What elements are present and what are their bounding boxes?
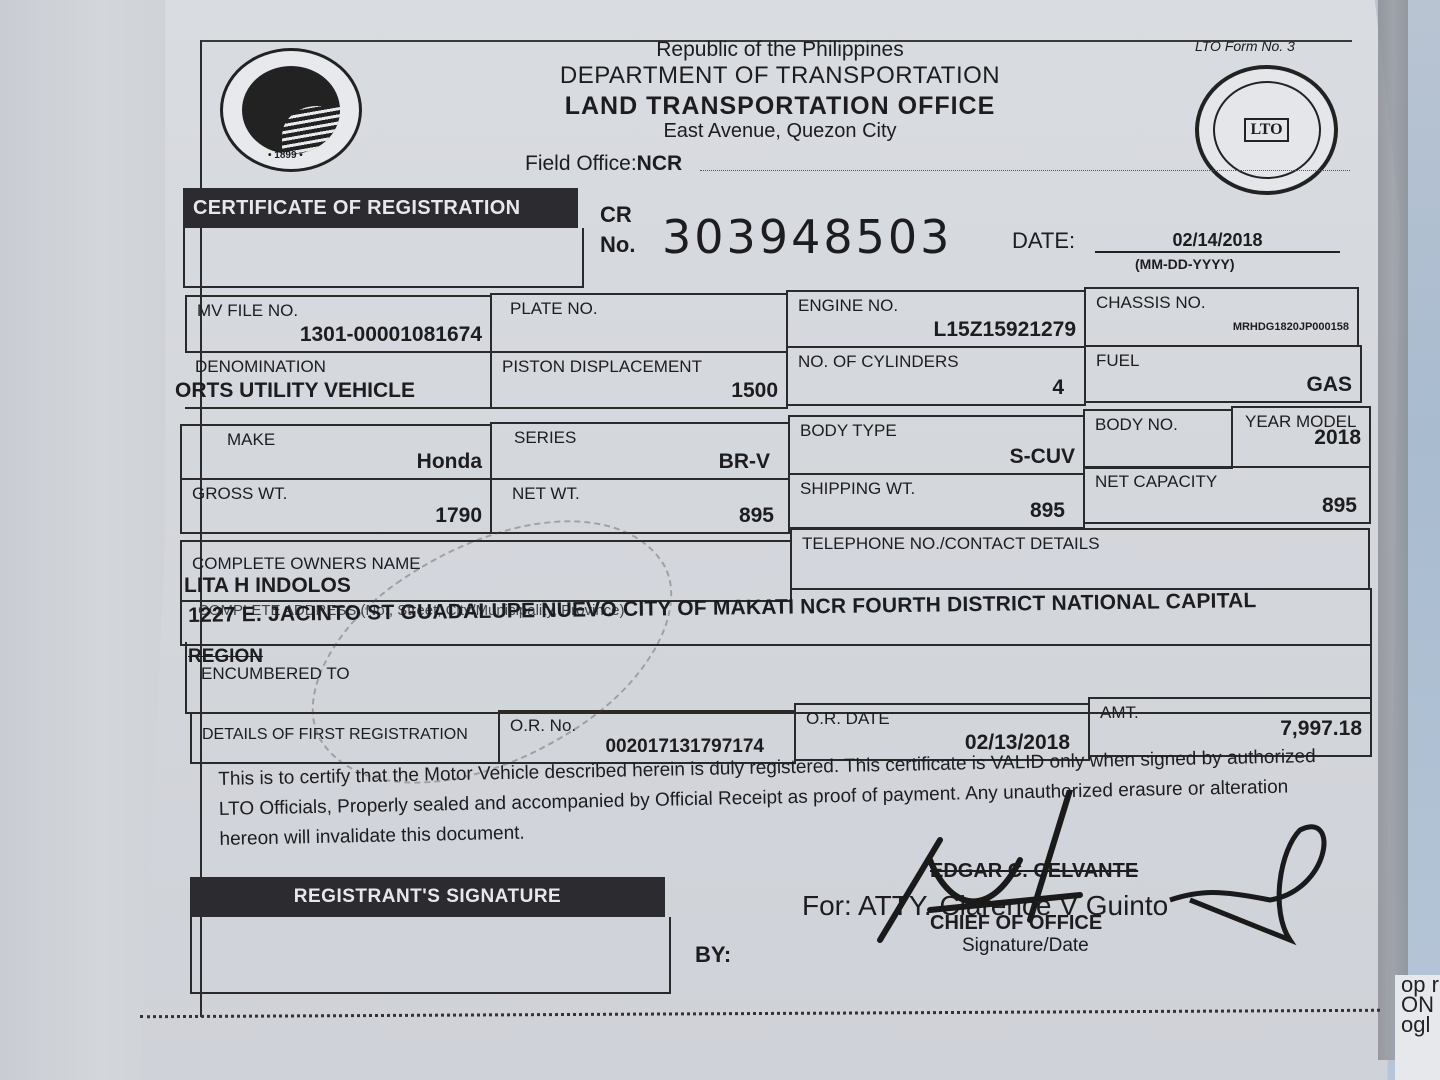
first-registration-cell: DETAILS OF FIRST REGISTRATION xyxy=(190,712,500,764)
make-cell: MAKE Honda xyxy=(180,424,492,480)
certificate-title-box xyxy=(183,228,584,288)
body-type-label: BODY TYPE xyxy=(800,421,897,441)
field-office-label: Field Office: xyxy=(525,152,637,175)
chassis-no-label: CHASSIS NO. xyxy=(1096,293,1206,313)
form-number: LTO Form No. 3 xyxy=(1195,38,1295,54)
registrant-signature-label: REGISTRANT'S SIGNATURE xyxy=(190,877,665,917)
cr-label: CR No. xyxy=(600,200,635,260)
series-label: SERIES xyxy=(514,428,576,448)
signing-officer-name: EDGAR C. CELVANTE xyxy=(930,860,1138,883)
amount-label: AMT. xyxy=(1100,703,1139,723)
date-label: DATE: xyxy=(1012,228,1075,254)
gross-wt-cell: GROSS WT. 1790 xyxy=(180,478,492,534)
cr-number: 303948503 xyxy=(662,210,952,264)
plate-no-cell: PLATE NO. xyxy=(490,293,788,353)
body-no-label: BODY NO. xyxy=(1095,415,1178,435)
contact-label: TELEPHONE NO./CONTACT DETAILS xyxy=(802,534,1100,554)
engine-no-label: ENGINE NO. xyxy=(798,296,898,316)
net-capacity-label: NET CAPACITY xyxy=(1095,472,1217,492)
field-office-value: NCR xyxy=(637,152,683,175)
denomination-cell: DENOMINATION ORTS UTILITY VEHICLE xyxy=(185,351,492,409)
body-type-value: S-CUV xyxy=(1010,445,1075,469)
dotr-seal-year: • 1899 • xyxy=(268,150,303,161)
shipping-wt-value: 895 xyxy=(1030,499,1065,523)
piston-displacement-value: 1500 xyxy=(731,379,778,403)
piston-displacement-label: PISTON DISPLACEMENT xyxy=(502,357,702,377)
office-heading: LAND TRANSPORTATION OFFICE xyxy=(520,92,1040,121)
make-value: Honda xyxy=(417,450,482,474)
chassis-no-value: MRHDG1820JP000158 xyxy=(1233,321,1349,333)
engine-no-value: L15Z15921279 xyxy=(934,318,1076,342)
net-wt-label: NET WT. xyxy=(512,484,580,504)
body-no-cell: BODY NO. xyxy=(1083,409,1233,469)
cr-label-bottom: No. xyxy=(600,230,635,260)
gross-wt-value: 1790 xyxy=(435,504,482,528)
net-wt-value: 895 xyxy=(739,504,774,528)
year-model-cell: YEAR MODEL 2018 xyxy=(1231,406,1371,468)
contact-cell: TELEPHONE NO./CONTACT DETAILS xyxy=(790,528,1370,590)
year-model-value: 2018 xyxy=(1314,426,1361,450)
cr-label-top: CR xyxy=(600,200,635,230)
office-address: East Avenue, Quezon City xyxy=(520,120,1040,143)
denomination-value: ORTS UTILITY VEHICLE xyxy=(175,379,415,403)
or-no-label: O.R. No. xyxy=(510,716,576,736)
by-label: BY: xyxy=(695,942,731,968)
registrant-signature-field xyxy=(190,917,671,994)
date-value: 02/14/2018 xyxy=(1095,230,1340,253)
department-heading: DEPARTMENT OF TRANSPORTATION xyxy=(520,62,1040,90)
plate-no-label: PLATE NO. xyxy=(510,299,598,319)
republic-heading: Republic of the Philippines xyxy=(520,38,1040,62)
no-of-cylinders-value: 4 xyxy=(1052,376,1064,400)
owner-name-label: COMPLETE OWNERS NAME xyxy=(192,554,421,574)
background-document: op r ON ogl xyxy=(1395,975,1440,1080)
shipping-wt-cell: SHIPPING WT. 895 xyxy=(788,473,1085,529)
field-office-line xyxy=(700,170,1350,171)
date-format: (MM-DD-YYYY) xyxy=(1135,256,1235,272)
fuel-cell: FUEL GAS xyxy=(1084,345,1362,403)
engine-no-cell: ENGINE NO. L15Z15921279 xyxy=(786,290,1086,348)
background-surface-left xyxy=(0,0,170,1080)
body-type-cell: BODY TYPE S-CUV xyxy=(788,415,1085,475)
encumbered-label: ENCUMBERED TO xyxy=(201,664,350,684)
gross-wt-label: GROSS WT. xyxy=(192,484,287,504)
net-wt-cell: NET WT. 895 xyxy=(490,478,790,534)
series-value: BR-V xyxy=(719,450,770,474)
net-capacity-value: 895 xyxy=(1322,494,1357,518)
mv-file-no-label: MV FILE NO. xyxy=(197,301,298,321)
mv-file-no-cell: MV FILE NO. 1301-00001081674 xyxy=(185,295,492,353)
signature-date-label: Signature/Date xyxy=(962,935,1089,957)
no-of-cylinders-label: NO. OF CYLINDERS xyxy=(798,352,959,372)
net-capacity-cell: NET CAPACITY 895 xyxy=(1083,466,1371,524)
fuel-label: FUEL xyxy=(1096,351,1139,371)
adhesive-tape xyxy=(1378,0,1408,1060)
officer-title: CHIEF OF OFFICE xyxy=(930,912,1102,935)
or-date-label: O.R. DATE xyxy=(806,709,890,729)
lto-seal-badge: LTO xyxy=(1244,118,1288,142)
denomination-label: DENOMINATION xyxy=(195,357,326,377)
make-label: MAKE xyxy=(227,430,275,450)
amount-value: 7,997.18 xyxy=(1280,717,1362,741)
shipping-wt-label: SHIPPING WT. xyxy=(800,479,915,499)
first-registration-label: DETAILS OF FIRST REGISTRATION xyxy=(202,726,468,744)
no-of-cylinders-cell: NO. OF CYLINDERS 4 xyxy=(786,346,1086,406)
chassis-no-cell: CHASSIS NO. MRHDG1820JP000158 xyxy=(1084,287,1359,347)
fuel-value: GAS xyxy=(1306,373,1352,397)
mv-file-no-value: 1301-00001081674 xyxy=(300,323,482,347)
series-cell: SERIES BR-V xyxy=(490,422,790,480)
certificate-title: CERTIFICATE OF REGISTRATION xyxy=(183,188,578,228)
lto-seal-icon: LTO xyxy=(1195,65,1338,195)
field-office: Field Office:NCR xyxy=(525,152,682,176)
piston-displacement-cell: PISTON DISPLACEMENT 1500 xyxy=(490,351,788,409)
